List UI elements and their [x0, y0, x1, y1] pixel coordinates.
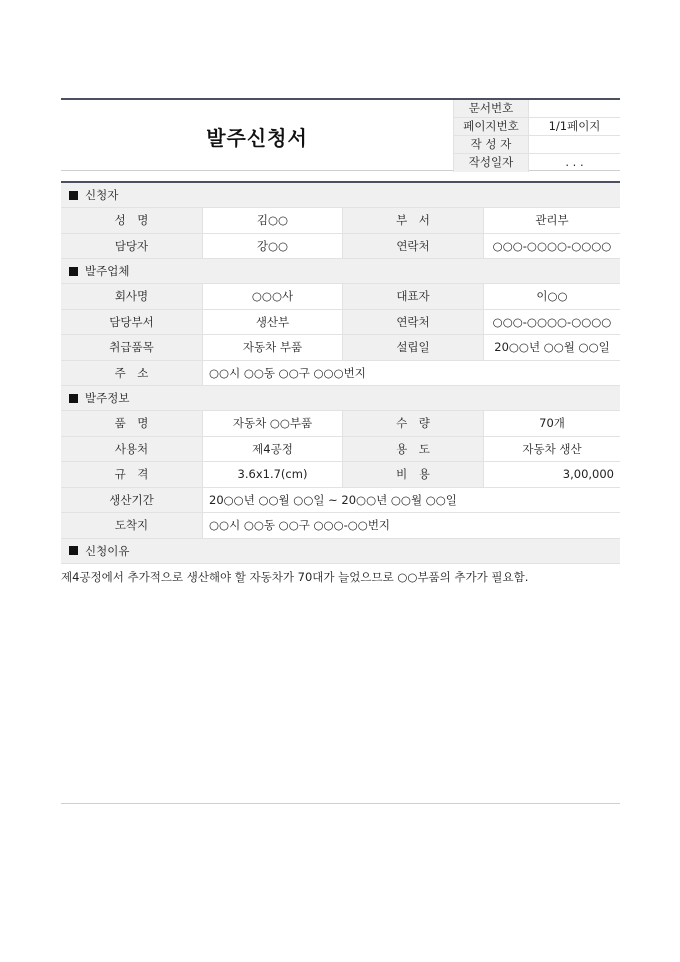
- section-title: 신청이유: [85, 543, 129, 559]
- field-value: ○○시 ○○동 ○○구 ○○○-○○번지: [203, 513, 620, 538]
- meta-row-page-number: 페이지번호 1/1페이지: [453, 118, 620, 136]
- table-row: 담당부서 생산부 연락처 ○○○-○○○○-○○○○: [61, 310, 620, 336]
- table-row-destination: 도착지 ○○시 ○○동 ○○구 ○○○-○○번지: [61, 513, 620, 539]
- field-value: ○○○-○○○○-○○○○: [484, 310, 620, 335]
- square-bullet-icon: [69, 546, 78, 555]
- field-value: ○○○-○○○○-○○○○: [484, 234, 620, 259]
- section-header-order-info: 발주정보: [61, 386, 620, 411]
- table-row-period: 생산기간 20○○년 ○○월 ○○일 ~ 20○○년 ○○월 ○○일: [61, 488, 620, 514]
- field-value: 20○○년 ○○월 ○○일: [484, 335, 620, 360]
- section-header-reason: 신청이유: [61, 539, 620, 564]
- table-row: 규 격 3.6x1.7(cm) 비 용 3,00,000: [61, 462, 620, 488]
- meta-value: . . .: [529, 154, 620, 172]
- field-label: 담당자: [61, 234, 203, 259]
- table-row-address: 주 소 ○○시 ○○동 ○○구 ○○○번지: [61, 361, 620, 387]
- section-header-vendor: 발주업체: [61, 259, 620, 284]
- field-label: 연락처: [343, 310, 484, 335]
- field-label: 주 소: [61, 361, 203, 386]
- field-label: 용 도: [343, 437, 484, 462]
- footer-divider: [61, 803, 620, 804]
- table-row: 사용처 제4공정 용 도 자동차 생산: [61, 437, 620, 463]
- field-value: 20○○년 ○○월 ○○일 ~ 20○○년 ○○월 ○○일: [203, 488, 620, 513]
- table-row: 취급품목 자동차 부품 설립일 20○○년 ○○월 ○○일: [61, 335, 620, 361]
- meta-label: 페이지번호: [453, 118, 529, 135]
- meta-label: 문서번호: [453, 100, 529, 117]
- field-label: 담당부서: [61, 310, 203, 335]
- meta-value: 1/1페이지: [529, 118, 620, 135]
- square-bullet-icon: [69, 267, 78, 276]
- field-label: 생산기간: [61, 488, 203, 513]
- section-title: 신청자: [85, 187, 118, 203]
- meta-value: [529, 100, 620, 117]
- field-label: 수 량: [343, 411, 484, 436]
- meta-row-author: 작 성 자: [453, 136, 620, 154]
- meta-row-date: 작성일자 . . .: [453, 154, 620, 172]
- meta-row-doc-number: 문서번호: [453, 100, 620, 118]
- field-label: 취급품목: [61, 335, 203, 360]
- field-value: 자동차 생산: [484, 437, 620, 462]
- order-request-form: 신청자 성 명 김○○ 부 서 관리부 담당자 강○○ 연락처 ○○○-○○○○…: [61, 181, 620, 586]
- table-row: 회사명 ○○○사 대표자 이○○: [61, 284, 620, 310]
- document-title: 발주신청서: [61, 100, 453, 172]
- field-value: 관리부: [484, 208, 620, 233]
- field-value: 이○○: [484, 284, 620, 309]
- reason-text: 제4공정에서 추가적으로 생산해야 할 자동차가 70대가 늘었으므로 ○○부품…: [61, 564, 620, 586]
- field-value: 3.6x1.7(cm): [203, 462, 343, 487]
- field-value: 70개: [484, 411, 620, 436]
- field-label: 설립일: [343, 335, 484, 360]
- field-value: 자동차 ○○부품: [203, 411, 343, 436]
- field-value: ○○시 ○○동 ○○구 ○○○번지: [203, 361, 620, 386]
- square-bullet-icon: [69, 191, 78, 200]
- field-value: 생산부: [203, 310, 343, 335]
- field-value: ○○○사: [203, 284, 343, 309]
- field-label: 도착지: [61, 513, 203, 538]
- field-label: 비 용: [343, 462, 484, 487]
- field-value: 자동차 부품: [203, 335, 343, 360]
- field-label: 회사명: [61, 284, 203, 309]
- meta-value: [529, 136, 620, 153]
- field-value: 강○○: [203, 234, 343, 259]
- document-header: 발주신청서 문서번호 페이지번호 1/1페이지 작 성 자 작성일자 . . .: [61, 98, 620, 171]
- field-label: 연락처: [343, 234, 484, 259]
- square-bullet-icon: [69, 394, 78, 403]
- field-label: 품 명: [61, 411, 203, 436]
- field-label: 사용처: [61, 437, 203, 462]
- field-value-cost: 3,00,000: [484, 462, 620, 487]
- field-value: 제4공정: [203, 437, 343, 462]
- meta-label: 작 성 자: [453, 136, 529, 153]
- document-meta-table: 문서번호 페이지번호 1/1페이지 작 성 자 작성일자 . . .: [453, 100, 620, 172]
- section-header-applicant: 신청자: [61, 183, 620, 208]
- field-label: 대표자: [343, 284, 484, 309]
- section-title: 발주업체: [85, 263, 129, 279]
- field-label: 규 격: [61, 462, 203, 487]
- table-row: 담당자 강○○ 연락처 ○○○-○○○○-○○○○: [61, 234, 620, 260]
- meta-label: 작성일자: [453, 154, 529, 172]
- section-title: 발주정보: [85, 390, 129, 406]
- document-page: 발주신청서 문서번호 페이지번호 1/1페이지 작 성 자 작성일자 . . .: [0, 0, 680, 962]
- field-value: 김○○: [203, 208, 343, 233]
- field-label: 부 서: [343, 208, 484, 233]
- table-row: 품 명 자동차 ○○부품 수 량 70개: [61, 411, 620, 437]
- field-label: 성 명: [61, 208, 203, 233]
- table-row: 성 명 김○○ 부 서 관리부: [61, 208, 620, 234]
